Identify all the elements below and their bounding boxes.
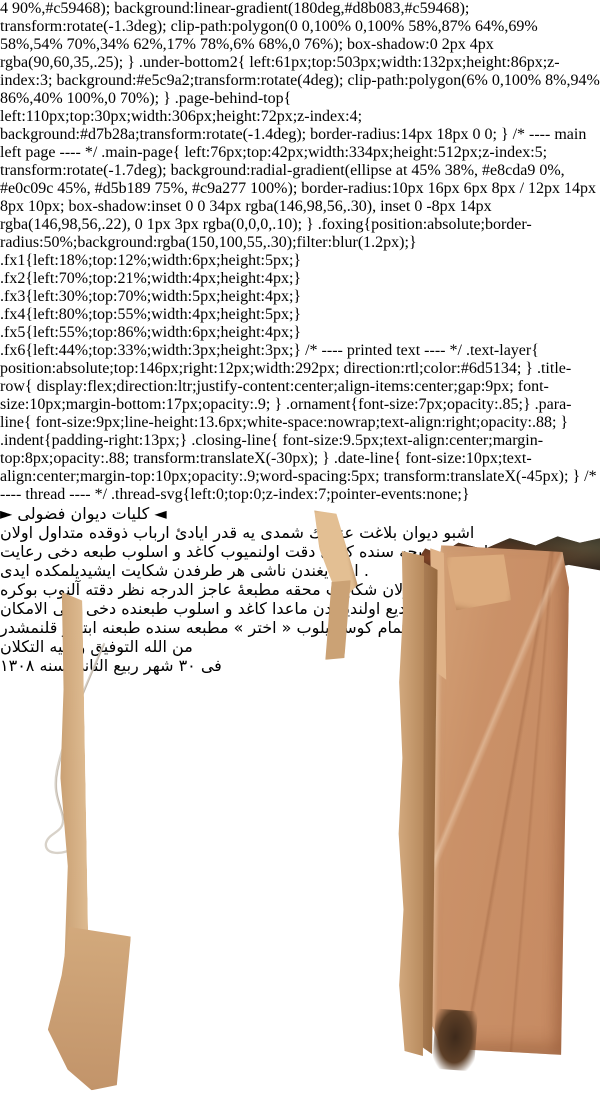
- cover-glimpse-bottom: [432, 1009, 478, 1072]
- photo-antique-ottoman-book: ► كليات ديوان فضولى ◄ اشبو ديوان بلاغت ع…: [0, 504, 600, 1104]
- backing-pages: [424, 545, 569, 1055]
- under-page-edge: [79, 970, 437, 1084]
- page-crease-lines: [424, 545, 569, 1055]
